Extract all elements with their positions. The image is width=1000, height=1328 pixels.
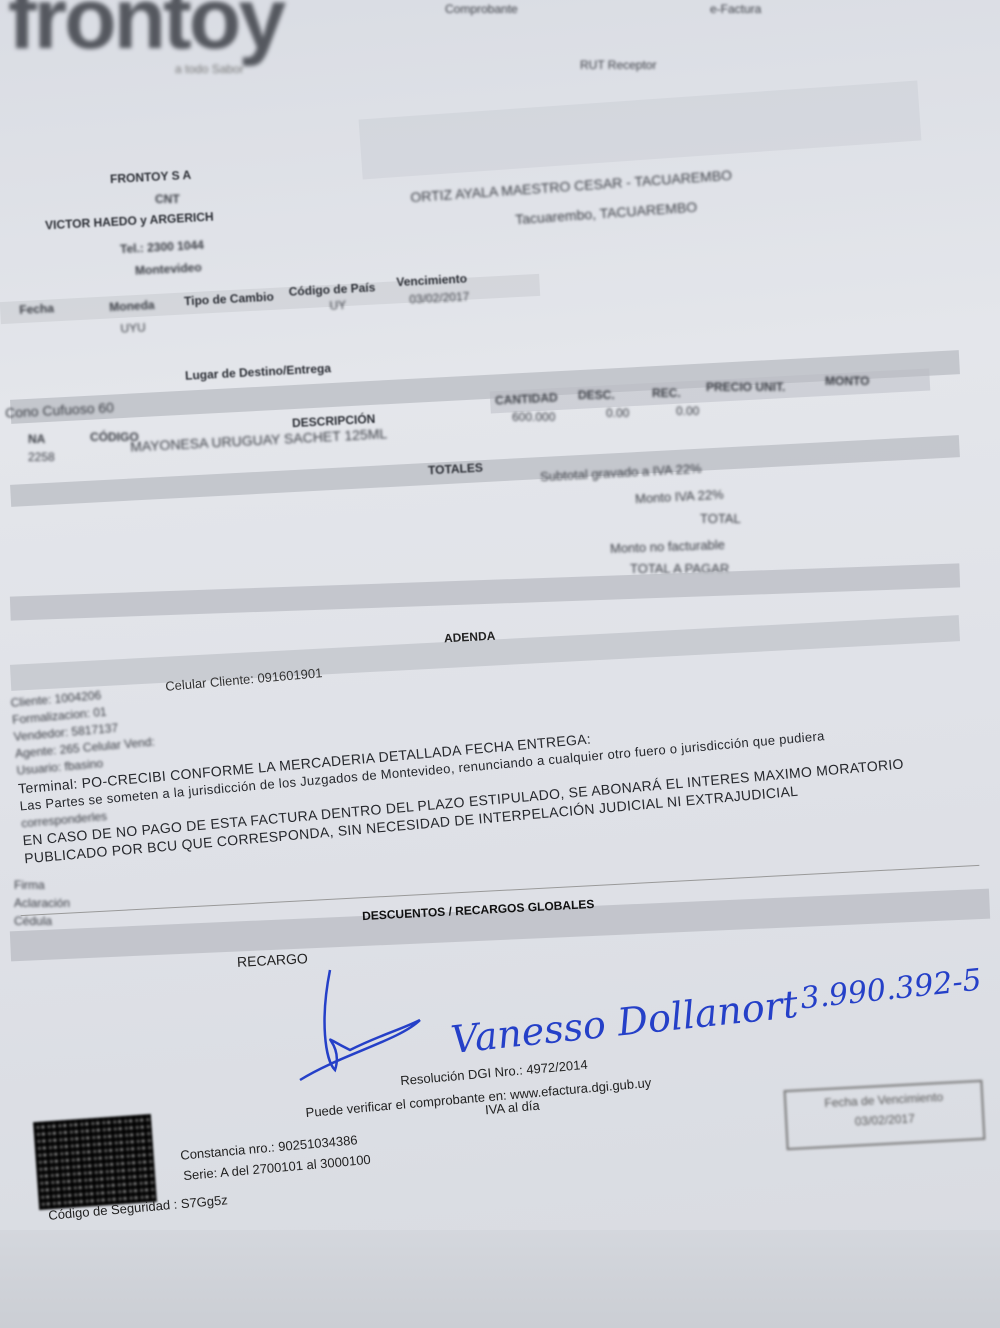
meta-value-moneda: UYU — [120, 320, 146, 335]
due-date-stamp: Fecha de Vencimiento 03/02/2017 — [784, 1080, 986, 1150]
meta-header-fecha: Fecha — [19, 301, 54, 317]
doc-top-right: e-Factura — [710, 2, 761, 16]
item-rec: 0.00 — [676, 404, 699, 418]
issuer-logo: frontoy — [8, 0, 283, 69]
firma-label: Firma — [14, 878, 45, 892]
doc-top-label: Comprobante — [445, 2, 518, 16]
item-description: MAYONESA URUGUAY SACHET 125ML — [130, 425, 388, 454]
adenda-title: ADENDA — [444, 629, 496, 646]
stamp-date: 03/02/2017 — [787, 1108, 982, 1132]
aclaracion-label: Aclaración — [14, 896, 70, 910]
items-header-precio: PRECIO UNIT. — [706, 380, 785, 394]
items-header-monto: MONTO — [825, 374, 869, 388]
items-header-rec: REC. — [652, 386, 681, 400]
meta-header-moneda: Moneda — [109, 298, 155, 314]
items-header-desc: DESC. — [578, 388, 615, 402]
item-desc: 0.00 — [606, 406, 629, 420]
totals-title: TOTALES — [428, 461, 484, 478]
qr-code — [33, 1114, 157, 1210]
issuer-unit: CNT — [155, 192, 180, 206]
issuer-logo-tagline: a todo Sabor — [175, 62, 244, 76]
totals-total-label: TOTAL — [700, 511, 741, 526]
item-code: 2258 — [28, 450, 55, 464]
meta-value-pais: UY — [329, 298, 346, 313]
item-qty: 600.000 — [512, 410, 555, 424]
rut-label: RUT Receptor — [580, 58, 656, 72]
items-header-na: NA — [28, 432, 45, 446]
signature-scribble — [290, 960, 440, 1090]
